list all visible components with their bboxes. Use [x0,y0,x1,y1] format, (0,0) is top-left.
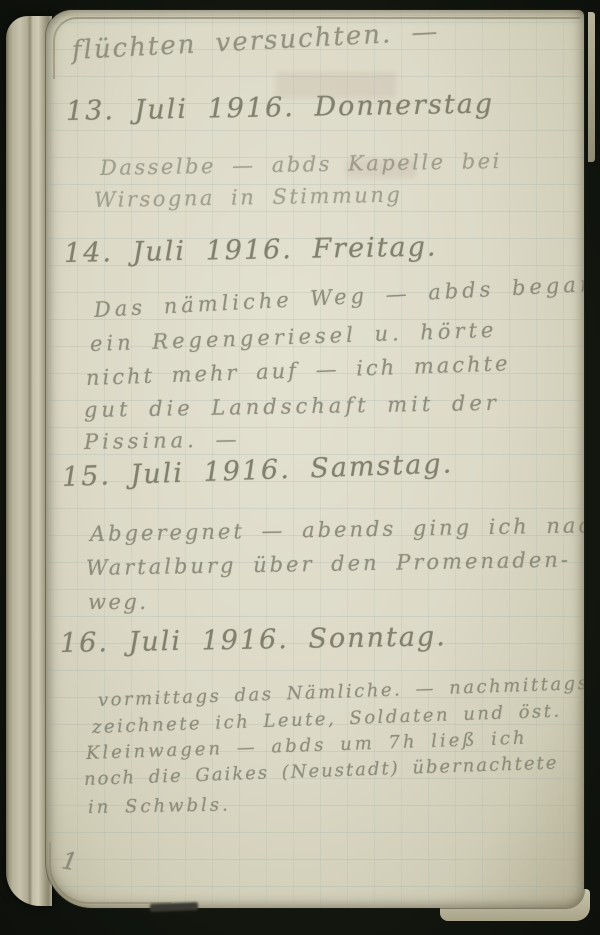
entry-14-date-heading: 14. Juli 1916. Freitag. [64,231,438,269]
edge-smudge-mark [150,902,198,912]
entry-15-body-line: weg. [88,590,149,614]
underlying-page-edge-right [588,12,595,162]
entry-16-body-line: in Schwbls. [88,795,231,818]
notebook-page: flüchten versuchten. — 13. Juli 1916. Do… [46,10,584,908]
entry-14-body-line: Pissina. — [84,427,241,454]
